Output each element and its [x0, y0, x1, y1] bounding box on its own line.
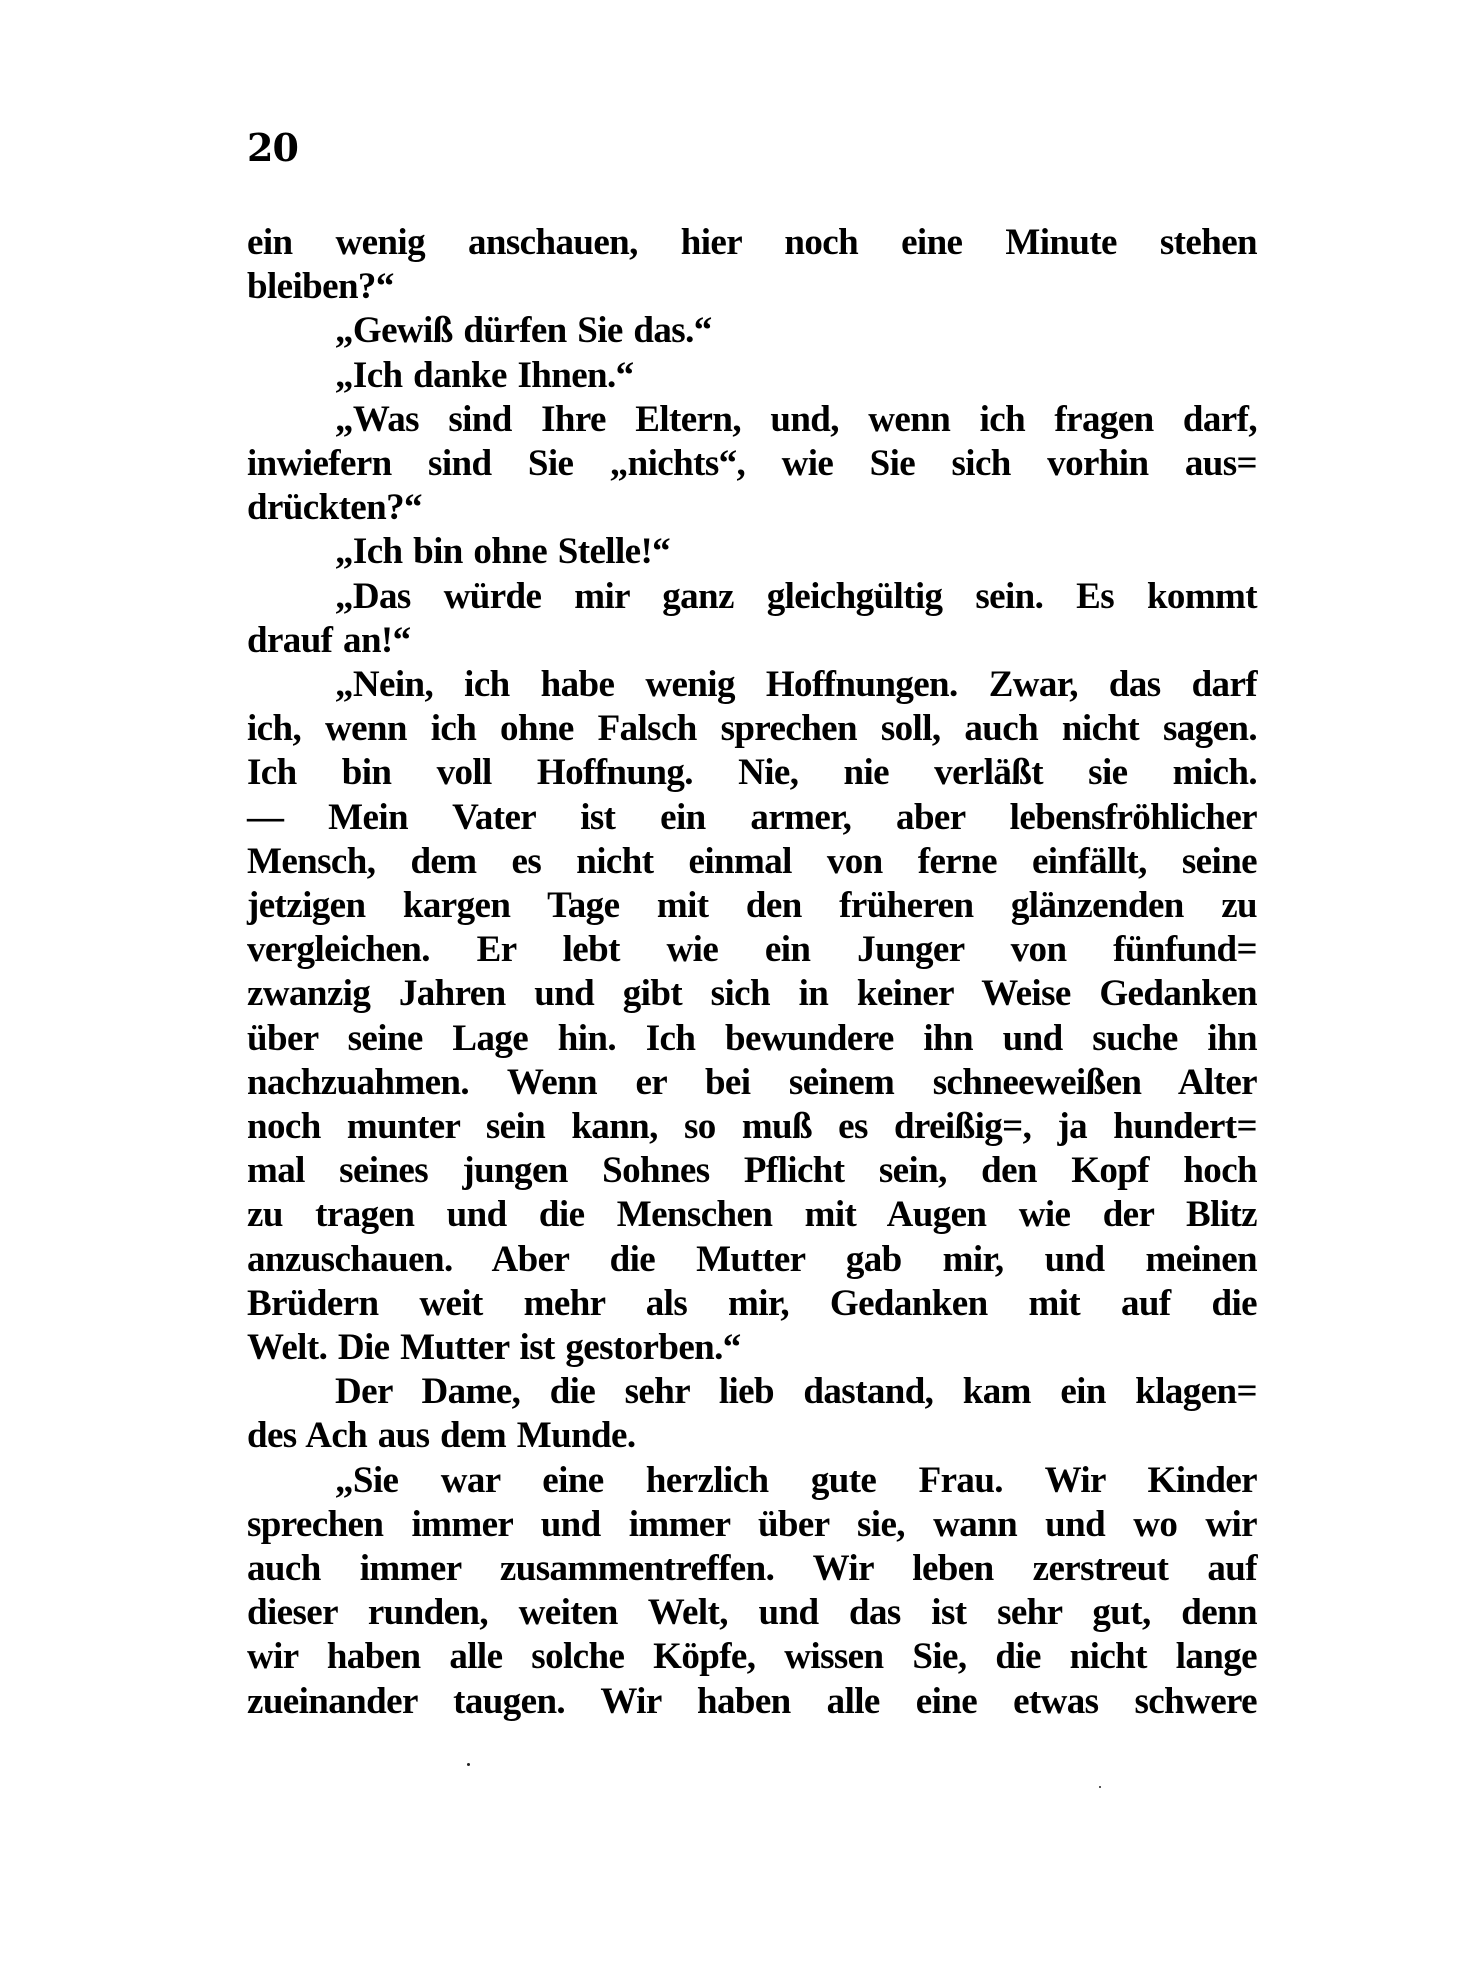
text-line: auch immer zusammentreffen. Wir leben ze… — [247, 1547, 1257, 1591]
text-line: drückten?“ — [247, 486, 1257, 530]
text-line: zu tragen und die Menschen mit Augen wie… — [247, 1193, 1257, 1237]
text-line: jetzigen kargen Tage mit den früheren gl… — [247, 884, 1257, 928]
text-line: „Was sind Ihre Eltern, und, wenn ich fra… — [247, 398, 1257, 442]
text-line: sprechen immer und immer über sie, wann … — [247, 1503, 1257, 1547]
text-line: „Ich danke Ihnen.“ — [247, 354, 1257, 398]
text-line: Welt. Die Mutter ist gestorben.“ — [247, 1326, 1257, 1370]
text-line: Ich bin voll Hoffnung. Nie, nie verläßt … — [247, 751, 1257, 795]
text-line: des Ach aus dem Munde. — [247, 1414, 1257, 1458]
book-page: 20 ein wenig anschauen, hier noch eine M… — [0, 0, 1459, 1966]
text-line: vergleichen. Er lebt wie ein Junger von … — [247, 928, 1257, 972]
text-line: „Sie war eine herzlich gute Frau. Wir Ki… — [247, 1459, 1257, 1503]
text-line: Der Dame, die sehr lieb dastand, kam ein… — [247, 1370, 1257, 1414]
text-line: — Mein Vater ist ein armer, aber lebensf… — [247, 796, 1257, 840]
text-line: anzuschauen. Aber die Mutter gab mir, un… — [247, 1238, 1257, 1282]
text-line: mal seines jungen Sohnes Pflicht sein, d… — [247, 1149, 1257, 1193]
text-line: noch munter sein kann, so muß es dreißig… — [247, 1105, 1257, 1149]
print-speck — [467, 1763, 470, 1766]
text-line: „Ich bin ohne Stelle!“ — [247, 530, 1257, 574]
text-line: zueinander taugen. Wir haben alle eine e… — [247, 1680, 1257, 1724]
text-line: inwiefern sind Sie „nichts“, wie Sie sic… — [247, 442, 1257, 486]
text-line: ich, wenn ich ohne Falsch sprechen soll,… — [247, 707, 1257, 751]
text-line: „Nein, ich habe wenig Hoffnungen. Zwar, … — [247, 663, 1257, 707]
text-line: Mensch, dem es nicht einmal von ferne ei… — [247, 840, 1257, 884]
print-speck — [1099, 1786, 1101, 1788]
text-line: zwanzig Jahren und gibt sich in keiner W… — [247, 972, 1257, 1016]
text-line: „Gewiß dürfen Sie das.“ — [247, 309, 1257, 353]
text-line: nachzuahmen. Wenn er bei seinem schneewe… — [247, 1061, 1257, 1105]
page-number: 20 — [247, 128, 298, 168]
text-line: ein wenig anschauen, hier noch eine Minu… — [247, 221, 1257, 265]
text-line: über seine Lage hin. Ich bewundere ihn u… — [247, 1017, 1257, 1061]
text-line: „Das würde mir ganz gleichgültig sein. E… — [247, 575, 1257, 619]
text-line: bleiben?“ — [247, 265, 1257, 309]
text-line: Brüdern weit mehr als mir, Gedanken mit … — [247, 1282, 1257, 1326]
text-line: wir haben alle solche Köpfe, wissen Sie,… — [247, 1635, 1257, 1679]
text-line: dieser runden, weiten Welt, und das ist … — [247, 1591, 1257, 1635]
text-line: drauf an!“ — [247, 619, 1257, 663]
